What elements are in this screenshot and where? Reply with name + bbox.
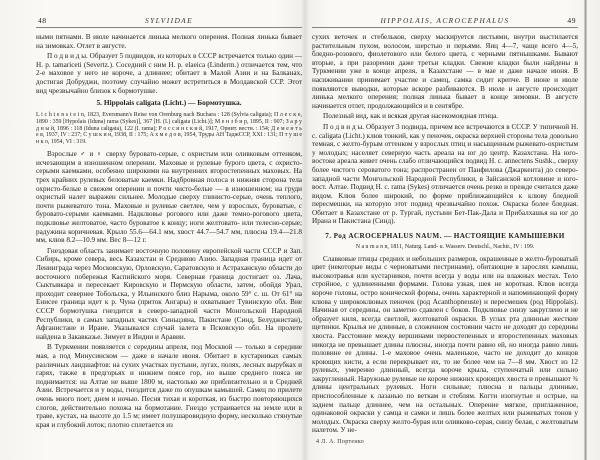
right-running-head: HIPPOLAIS, ACROCEPHALUS <box>312 16 578 25</box>
printer-signature: 4 Л. А. Портенко <box>312 438 578 447</box>
intro-continuation-paragraph: ными пятнами. В июле начинается линька м… <box>36 33 302 50</box>
subspecies-paragraph-hippolais-pallida: П о д в и д ы. Образует 5 подвидов, из к… <box>36 52 302 95</box>
left-running-head: SYLVIIDAE <box>36 16 302 25</box>
species-heading-hippolais-caligata: 5. Hippolais caligata (Licht.) — Бормоту… <box>36 99 302 108</box>
synonymy-citation-block: L i c h t e n s t e i n, 1823, Eversmann… <box>36 112 302 147</box>
left-page-number: 48 <box>38 16 47 25</box>
nest-continuation-paragraph: сухих веточек и стебельков, сверху маски… <box>312 33 578 110</box>
page-gutter-shadow <box>301 0 309 460</box>
range-paragraph: Гнездовая область занимает восточную пол… <box>36 247 302 342</box>
description-paragraph: Взрослые ♂ и ♀ сверху буровато-серые, с … <box>36 150 302 245</box>
left-page: 48 SYLVIIDAE ными пятнами. В июле начина… <box>36 16 302 450</box>
right-page-header: 49 HIPPOLAIS, ACROCEPHALUS <box>312 16 578 28</box>
genus-description-paragraph: Славковые птицы средних и небольших разм… <box>312 255 578 435</box>
genus-citation: N a u m a n n, 1811, Naturg. Land- u. Wa… <box>312 244 578 251</box>
usefulness-paragraph: Полезный вид, как и всякая другая насеко… <box>312 112 578 121</box>
right-page: 49 HIPPOLAIS, ACROCEPHALUS сухих веточек… <box>312 16 578 450</box>
genus-heading-acrocephalus: 7. Род ACROCEPHALUS NAUM. — НАСТОЯЩИЕ КА… <box>312 232 578 241</box>
page-edge-line <box>584 0 587 460</box>
right-page-number: 49 <box>567 16 576 25</box>
left-page-header: 48 SYLVIIDAE <box>36 16 302 28</box>
book-spread-scan: 48 SYLVIIDAE ными пятнами. В июле начина… <box>0 0 600 460</box>
subspecies-paragraph-hippolais-caligata: П о д в и д ы. Образует 3 подвида, приче… <box>312 123 578 226</box>
habits-paragraph: В Туркмении появляется с середины апреля… <box>36 343 302 429</box>
